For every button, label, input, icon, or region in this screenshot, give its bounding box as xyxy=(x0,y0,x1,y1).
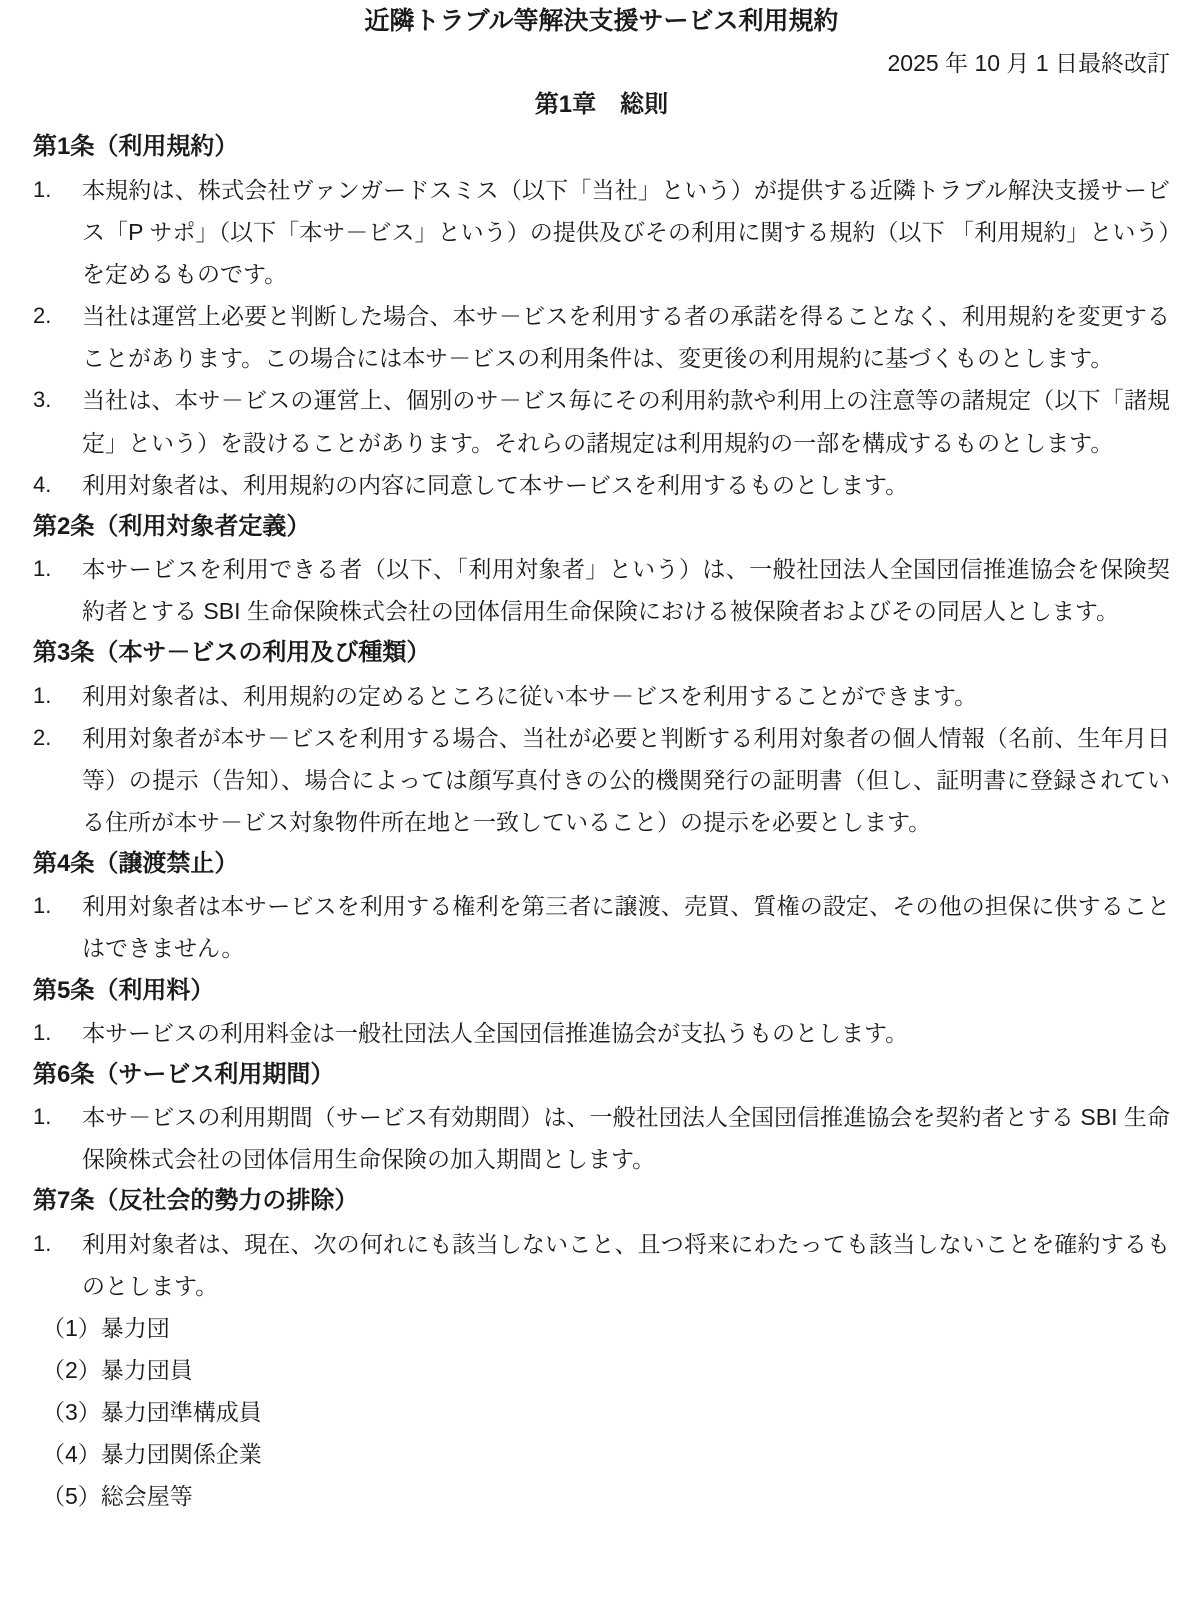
item-number: 1. xyxy=(33,169,51,211)
articles-container: 第1条（利用規約）1.本規約は、株式会社ヴァンガードスミス（以下「当社」という）… xyxy=(33,126,1170,1517)
article-subitem: （2）暴力団員 xyxy=(33,1349,1170,1391)
article-heading: 第2条（利用対象者定義） xyxy=(33,506,1170,548)
item-number: 1. xyxy=(33,885,51,927)
item-text: 利用対象者は、利用規約の内容に同意して本サービスを利用するものとします。 xyxy=(82,472,908,498)
article-item: 1.本サービスの利用料金は一般社団法人全国団信推進協会が支払うものとします。 xyxy=(33,1012,1170,1054)
chapter-heading: 第1章 総則 xyxy=(33,84,1170,126)
document-page: 近隣トラブル等解決支援サービス利用規約 2025 年 10 月 1 日最終改訂 … xyxy=(0,0,1200,1602)
article-item: 3.当社は、本サ－ビスの運営上、個別のサ－ビス毎にその利用約款や利用上の注意等の… xyxy=(33,379,1170,463)
item-text: 当社は運営上必要と判断した場合、本サ－ビスを利用する者の承諾を得ることなく、利用… xyxy=(82,303,1170,371)
article-item: 1.本サービスを利用できる者（以下、「利用対象者」という）は、一般社団法人全国団… xyxy=(33,548,1170,632)
item-number: 1. xyxy=(33,1012,51,1054)
item-text: 本規約は、株式会社ヴァンガードスミス（以下「当社」という）が提供する近隣トラブル… xyxy=(82,177,1170,287)
item-text: 本サービスの利用料金は一般社団法人全国団信推進協会が支払うものとします。 xyxy=(82,1020,908,1046)
article-heading: 第5条（利用料） xyxy=(33,970,1170,1012)
article-item: 1.利用対象者は本サービスを利用する権利を第三者に譲渡、売買、質権の設定、その他… xyxy=(33,885,1170,969)
article-heading: 第6条（サービス利用期間） xyxy=(33,1054,1170,1096)
item-number: 2. xyxy=(33,717,51,759)
article-item: 1.利用対象者は、利用規約の定めるところに従い本サ－ビスを利用することができます… xyxy=(33,675,1170,717)
item-number: 1. xyxy=(33,548,51,590)
article-heading: 第1条（利用規約） xyxy=(33,126,1170,168)
article-item: 1.本サ－ビスの利用期間（サービス有効期間）は、一般社団法人全国団信推進協会を契… xyxy=(33,1096,1170,1180)
item-text: 利用対象者は、利用規約の定めるところに従い本サ－ビスを利用することができます。 xyxy=(82,683,977,709)
article-heading: 第7条（反社会的勢力の排除） xyxy=(33,1180,1170,1222)
item-number: 4. xyxy=(33,464,51,506)
item-number: 1. xyxy=(33,675,51,717)
item-text: 利用対象者は、現在、次の何れにも該当しないこと、且つ将来にわたっても該当しないこ… xyxy=(82,1231,1170,1299)
item-text: 本サ－ビスの利用期間（サービス有効期間）は、一般社団法人全国団信推進協会を契約者… xyxy=(82,1104,1170,1172)
item-text: 本サービスを利用できる者（以下、「利用対象者」という）は、一般社団法人全国団信推… xyxy=(82,556,1170,624)
document-title: 近隣トラブル等解決支援サービス利用規約 xyxy=(33,0,1170,42)
item-number: 1. xyxy=(33,1223,51,1265)
revision-date: 2025 年 10 月 1 日最終改訂 xyxy=(33,42,1170,84)
article-heading: 第4条（譲渡禁止） xyxy=(33,843,1170,885)
item-number: 2. xyxy=(33,295,51,337)
article-subitem: （3）暴力団準構成員 xyxy=(33,1391,1170,1433)
item-text: 利用対象者は本サービスを利用する権利を第三者に譲渡、売買、質権の設定、その他の担… xyxy=(82,893,1170,961)
article-heading: 第3条（本サ－ビスの利用及び種類） xyxy=(33,632,1170,674)
article-item: 2.当社は運営上必要と判断した場合、本サ－ビスを利用する者の承諾を得ることなく、… xyxy=(33,295,1170,379)
item-text: 当社は、本サ－ビスの運営上、個別のサ－ビス毎にその利用約款や利用上の注意等の諸規… xyxy=(82,387,1170,455)
article-item: 1.本規約は、株式会社ヴァンガードスミス（以下「当社」という）が提供する近隣トラ… xyxy=(33,169,1170,295)
article-item: 1.利用対象者は、現在、次の何れにも該当しないこと、且つ将来にわたっても該当しな… xyxy=(33,1223,1170,1307)
item-text: 利用対象者が本サ－ビスを利用する場合、当社が必要と判断する利用対象者の個人情報（… xyxy=(82,725,1170,835)
article-item: 2.利用対象者が本サ－ビスを利用する場合、当社が必要と判断する利用対象者の個人情… xyxy=(33,717,1170,843)
article-subitem: （1）暴力団 xyxy=(33,1307,1170,1349)
article-item: 4.利用対象者は、利用規約の内容に同意して本サービスを利用するものとします。 xyxy=(33,464,1170,506)
article-subitem: （4）暴力団関係企業 xyxy=(33,1433,1170,1475)
article-subitem: （5）総会屋等 xyxy=(33,1475,1170,1517)
item-number: 3. xyxy=(33,379,51,421)
item-number: 1. xyxy=(33,1096,51,1138)
